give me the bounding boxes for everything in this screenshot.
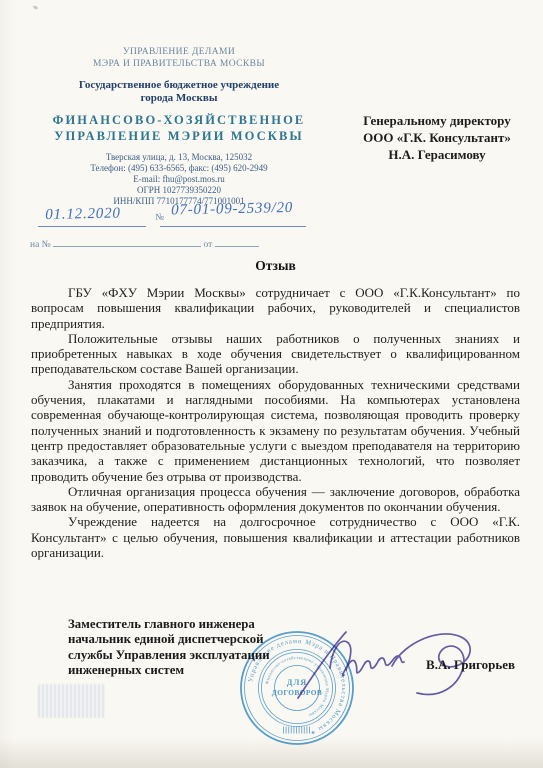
- parent-org-line1: УПРАВЛЕНИЕ ДЕЛАМИ: [38, 46, 320, 58]
- paragraph-5: Учреждение надеется на долгосрочное сотр…: [31, 514, 520, 560]
- paragraph-3: Занятия проходятся в помещениях оборудов…: [31, 377, 520, 484]
- address-line: Тверская улица, д. 13, Москва, 125032: [38, 152, 320, 163]
- org-name-line2: УПРАВЛЕНИЕ МЭРИИ МОСКВЫ: [38, 128, 320, 144]
- letterhead: УПРАВЛЕНИЕ ДЕЛАМИ МЭРА И ПРАВИТЕЛЬСТВА М…: [38, 46, 320, 207]
- outgoing-number: 07-01-09-2539/20: [171, 200, 293, 220]
- number-underline: [160, 226, 306, 227]
- number-sign: №: [155, 212, 165, 222]
- recipient-block: Генеральному директору ООО «Г.К. Консуль…: [347, 112, 527, 163]
- outgoing-date: 01.12.2020: [45, 205, 121, 224]
- recipient-name: Н.А. Герасимову: [347, 146, 527, 163]
- parent-organization: УПРАВЛЕНИЕ ДЕЛАМИ МЭРА И ПРАВИТЕЛЬСТВА М…: [38, 46, 320, 70]
- reply-reference-line: на № от: [30, 237, 320, 250]
- signer-name: В.А. Григорьев: [415, 657, 515, 673]
- recipient-company: ООО «Г.К. Консультант»: [347, 129, 527, 146]
- organization-name: ФИНАНСОВО-ХОЗЯЙСТВЕННОЕ УПРАВЛЕНИЕ МЭРИИ…: [38, 112, 320, 144]
- institution-line2: города Москвы: [38, 92, 320, 105]
- ogrn-line: ОГРН 1027739350220: [38, 185, 320, 196]
- reply-from-label: от: [204, 240, 213, 250]
- contact-block: Тверская улица, д. 13, Москва, 125032 Те…: [38, 152, 320, 207]
- scan-speck: [33, 5, 39, 10]
- parent-org-line2: МЭРА И ПРАВИТЕЛЬСТВА МОСКВЫ: [38, 58, 320, 70]
- institution-type: Государственное бюджетное учреждение гор…: [38, 79, 320, 105]
- reply-prefix: на №: [30, 240, 51, 250]
- phone-fax-line: Телефон: (495) 633-6565, факс: (495) 620…: [38, 163, 320, 174]
- reply-number-blank: [53, 237, 201, 247]
- paragraph-1: ГБУ «ФХУ Мэрии Москвы» сотрудничает с ОО…: [31, 285, 520, 331]
- email-line: E-mail: fhu@post.mos.ru: [38, 174, 320, 185]
- paragraph-4: Отличная организация процесса обучения —…: [31, 484, 520, 515]
- institution-line1: Государственное бюджетное учреждение: [38, 79, 320, 92]
- recipient-position: Генеральному директору: [347, 112, 527, 129]
- barcode-sticker: [38, 684, 106, 718]
- document-title: Отзыв: [31, 258, 520, 274]
- org-name-line1: ФИНАНСОВО-ХОЗЯЙСТВЕННОЕ: [38, 112, 320, 128]
- date-underline: [38, 226, 146, 227]
- reply-date-blank: [215, 237, 259, 247]
- letter-body: ГБУ «ФХУ Мэрии Москвы» сотрудничает с ОО…: [31, 285, 520, 560]
- paragraph-2: Положительные отзывы наших работников о …: [31, 331, 520, 377]
- scanned-letter-page: УПРАВЛЕНИЕ ДЕЛАМИ МЭРА И ПРАВИТЕЛЬСТВА М…: [0, 0, 543, 768]
